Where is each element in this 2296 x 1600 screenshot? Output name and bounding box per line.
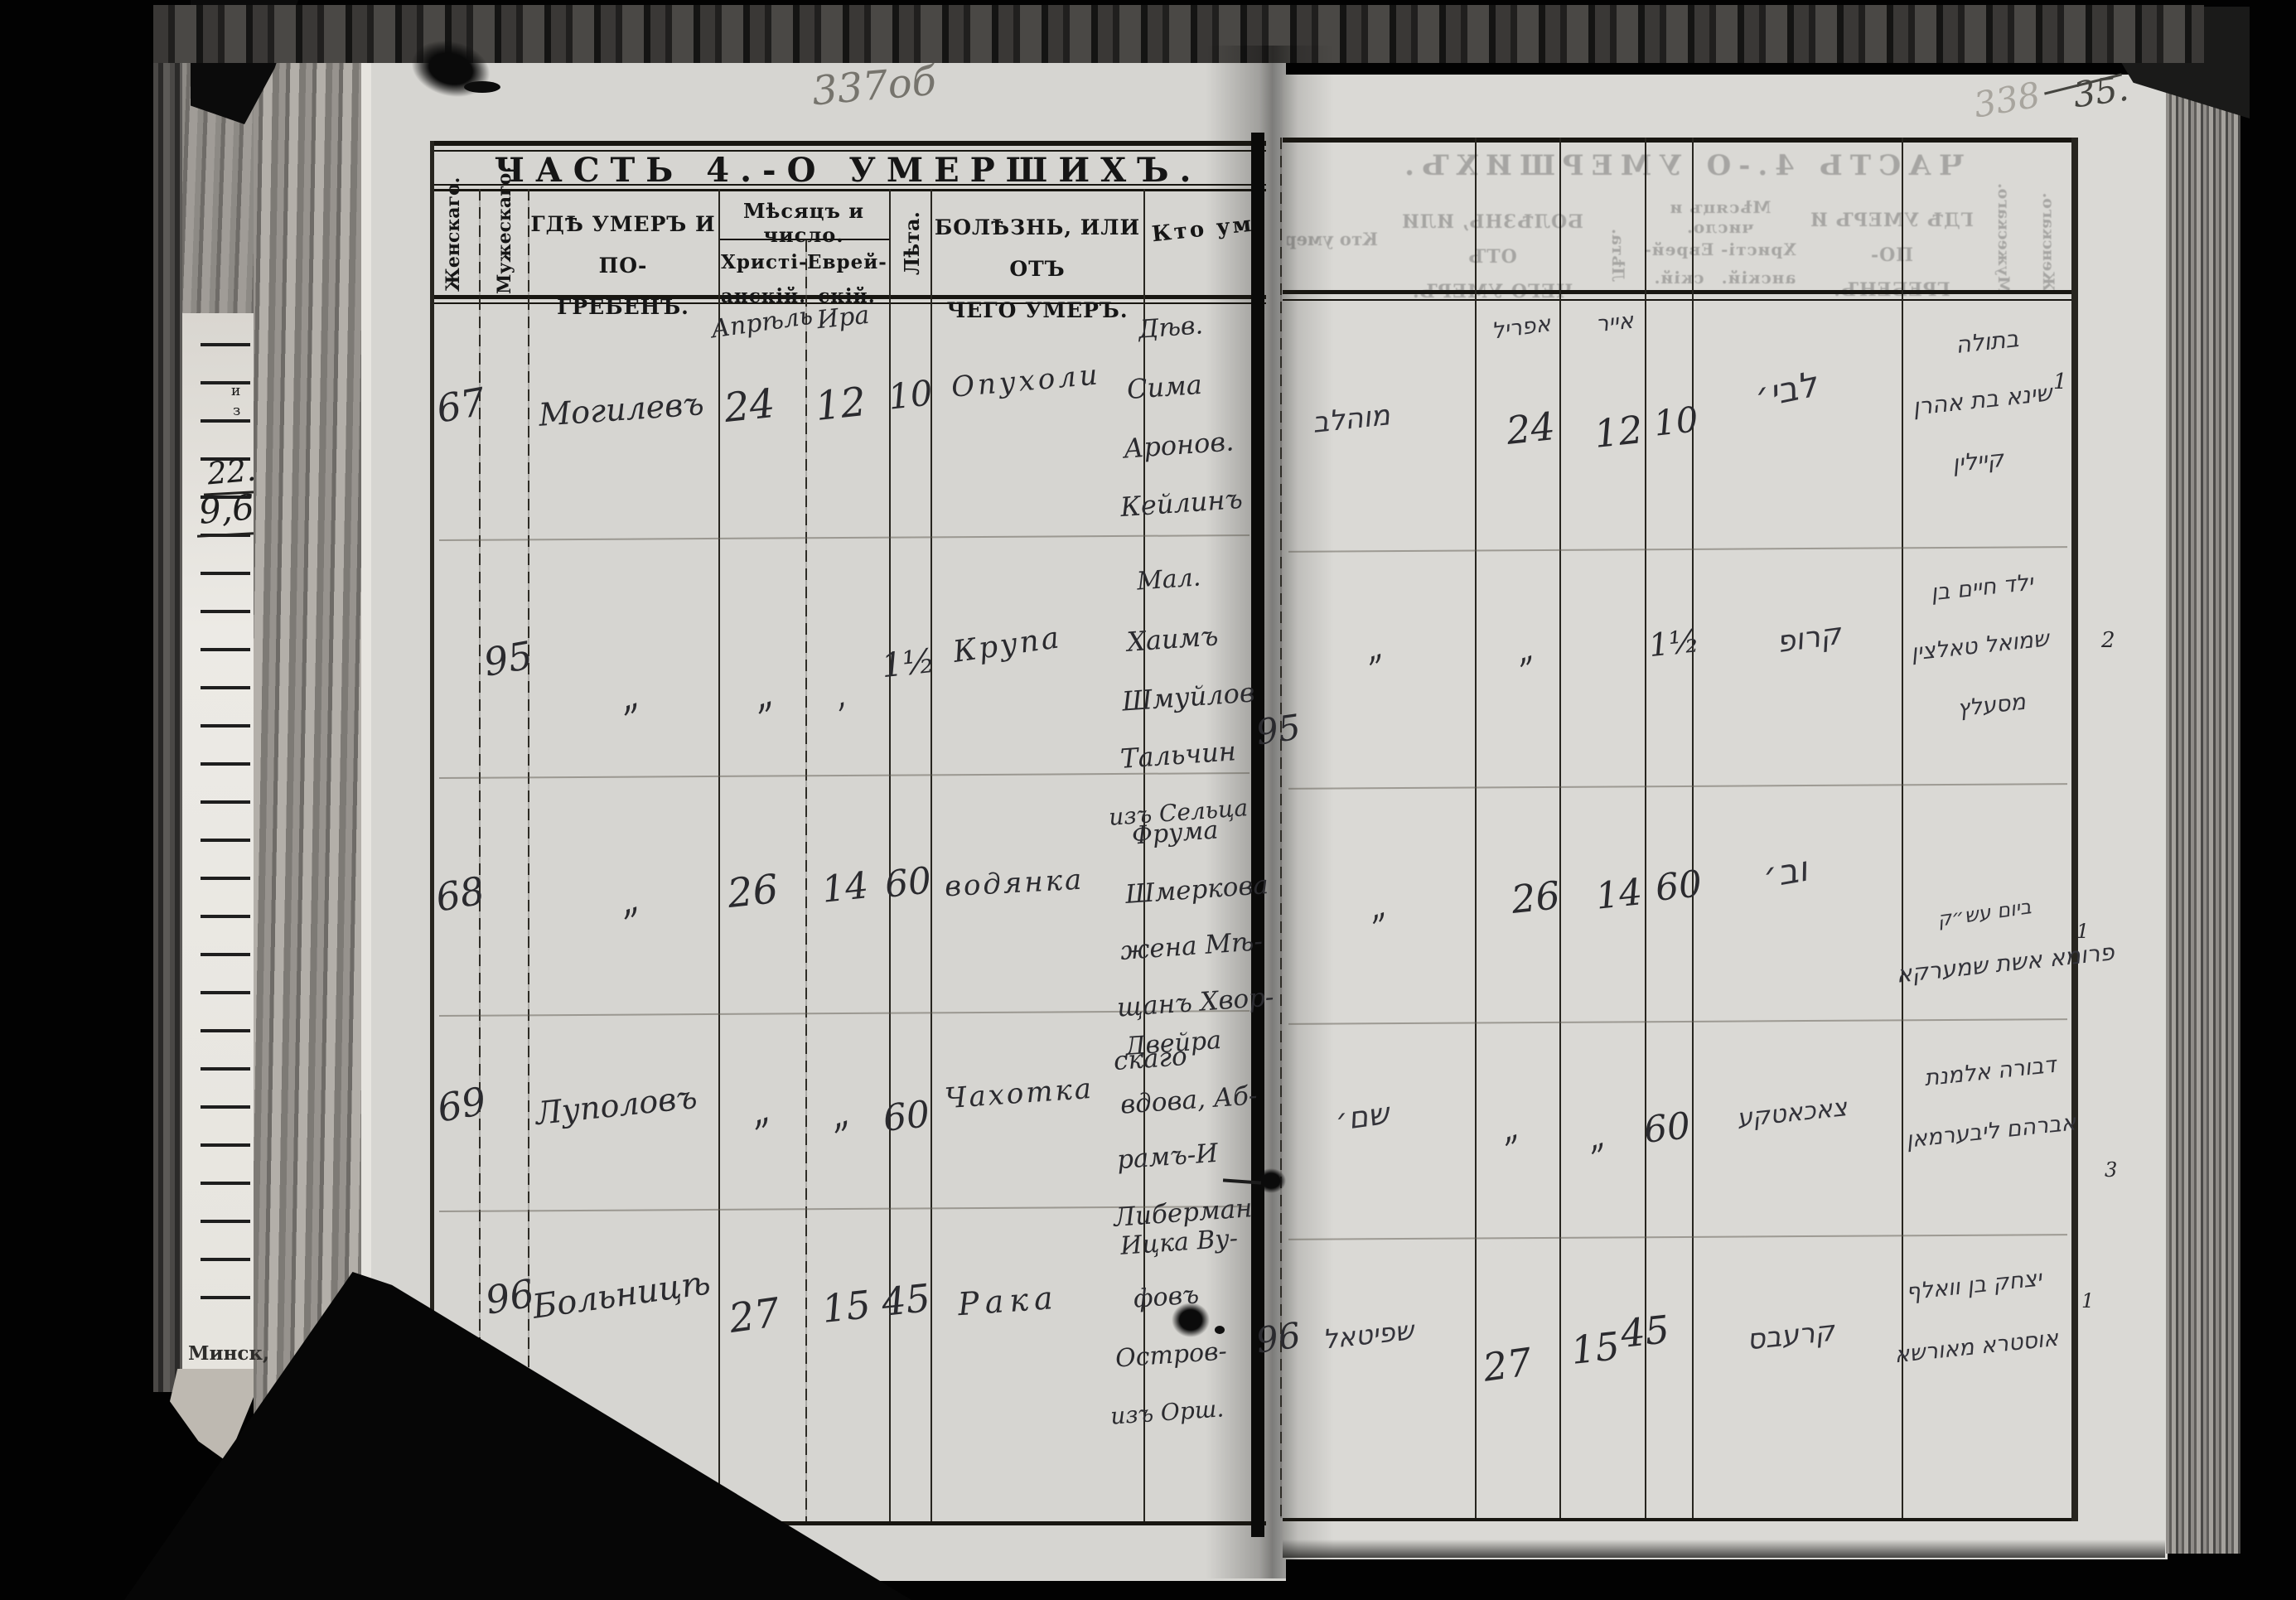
entry-he-68-cause: וב׳ — [1760, 848, 1810, 896]
entry-96-date-jewish: 15 — [819, 1282, 872, 1332]
entry-96-age: 45 — [879, 1275, 932, 1325]
margin-number-bottom: 9,6 — [197, 486, 256, 532]
right-page-stack-edges — [2166, 83, 2240, 1554]
entry-he-67-note: 1 — [2053, 370, 2067, 394]
ink-dot-row5 — [1215, 1326, 1225, 1334]
left-col-line-male-place — [528, 189, 529, 1521]
bleed-title: ЧАСТЬ 4.-О УМЕРШИХЪ. — [1289, 149, 2072, 182]
col-header-month-group: Мѣсяцъ и число. — [719, 199, 888, 247]
col-header-female: Женскаго. — [442, 177, 464, 292]
entry-he-95-number: 95 — [1254, 707, 1303, 753]
entry-he-69-age: 60 — [1641, 1105, 1692, 1152]
margin-letter-i: и — [231, 383, 240, 399]
bleed-through-header: ЧАСТЬ 4.-О УМЕРШИХЪ. Женскаго. Мужескаго… — [1289, 143, 2072, 308]
entry-he-96-date-jewish: 15 — [1569, 1323, 1622, 1373]
entry-67-date-christian: 24 — [722, 380, 777, 432]
right-table-bottom-border — [1283, 1518, 2078, 1521]
bleed-col-cause: БОЛѢЗНЬ, ИЛИ ОТЪ ЧЕГО УМЕРЪ. — [1393, 205, 1592, 309]
entry-he-67-date-jewish: 12 — [1592, 407, 1645, 457]
right-col-line-2 — [1559, 138, 1561, 1518]
entry-he-67-who-line: קיילין — [1950, 445, 2004, 477]
entry-95-number: 95 — [481, 632, 536, 684]
col-header-place: ГДѢ УМЕРЪ И ПО- ГРЕБЕНЪ. — [530, 204, 716, 328]
table-title: ЧАСТЬ 4.-О УМЕРШИХЪ. — [430, 151, 1266, 190]
entry-95-who-line: Мал. — [1136, 563, 1202, 596]
spine-edge-texture — [153, 25, 186, 1392]
entry-he-96-note: 1 — [2081, 1289, 2094, 1312]
entry-he-68-date-jewish: 14 — [1593, 871, 1644, 918]
bleed-col-female: Женскаго. — [2039, 193, 2057, 292]
col-header-age: Лѣта. — [900, 211, 924, 275]
sheet-number: 35. — [2071, 68, 2131, 116]
margin-number-top: 22. — [205, 452, 257, 492]
bleed-col-age: Лѣта. — [1608, 229, 1628, 282]
entry-67-age: 10 — [887, 372, 935, 417]
right-col-line-no — [1280, 138, 1282, 1518]
entry-month-header-jewish: Ира — [815, 301, 871, 335]
entry-68-number: 68 — [433, 868, 488, 920]
entry-96-number: 96 — [482, 1270, 538, 1322]
ink-blot-top-left-tail — [464, 81, 500, 93]
bleed-col-jewish: Еврей- скій. — [1641, 235, 1716, 292]
entry-68-date-christian: 26 — [725, 866, 781, 917]
scanned-register-spread: 337об 338 35. и з 22. 9,6 Минск, ЧАСТЬ 4… — [0, 0, 2296, 1600]
margin-stamp-minsk: Минск, — [188, 1342, 269, 1365]
bleed-col-christian: Христі- анскій. — [1719, 235, 1797, 292]
entry-69-number: 69 — [434, 1078, 490, 1130]
bleed-col-month: Мѣсяцъ и число. — [1641, 197, 1799, 237]
left-col-line-chr-evr — [805, 240, 807, 1521]
entry-he-69-note: 3 — [2105, 1158, 2117, 1182]
margin-letter-z: з — [233, 403, 240, 419]
bleed-col-place: ГДѢ УМЕРЪ И ПО- ГРЕБЕНЪ. — [1804, 204, 1979, 307]
entry-69-age: 60 — [881, 1093, 931, 1140]
entry-95-age: 1½ — [880, 642, 937, 685]
entry-he-68-age: 60 — [1653, 863, 1704, 910]
bleed-col-male: Мужескаго. — [1994, 183, 2013, 293]
entry-he-96-age: 45 — [1618, 1307, 1671, 1356]
entry-he-67-age: 10 — [1652, 399, 1700, 443]
entry-he-67-date-christian: 24 — [1504, 404, 1557, 453]
right-page-bottom-shadow — [1283, 1540, 2165, 1558]
col-header-male: Мужескаго. — [494, 167, 515, 294]
left-table-top-border — [430, 141, 1266, 146]
left-col-line-place-month — [718, 189, 720, 1521]
bleed-col-who: Кто умеръ — [1287, 229, 1378, 249]
right-table-right-border — [2071, 138, 2078, 1521]
entry-68-who-line: Фрума — [1131, 815, 1219, 850]
right-col-line-1 — [1475, 138, 1477, 1518]
entry-67-number: 67 — [433, 379, 489, 431]
entry-he-95-note: 2 — [2101, 628, 2115, 653]
entry-he-68-note: 1 — [2076, 920, 2089, 943]
ink-blot-row5 — [1172, 1303, 1210, 1337]
entry-he-month-header-jewish: אייר — [1595, 308, 1635, 338]
right-col-line-4 — [1692, 138, 1694, 1518]
entry-67-who-line: Сима — [1126, 369, 1203, 405]
col-header-cause: БОЛѢЗНЬ, ИЛИ ОТЪ ЧЕГО УМЕРЪ. — [933, 207, 1142, 331]
torn-pages-texture-main — [254, 33, 365, 1462]
entry-96-cause: Рака — [957, 1279, 1060, 1322]
entry-he-96-date-christian: 27 — [1481, 1339, 1535, 1390]
entry-68-date-jewish: 14 — [819, 864, 870, 911]
entry-68-age: 60 — [882, 859, 933, 906]
right-col-line-5 — [1902, 138, 1903, 1518]
entry-67-date-jewish: 12 — [813, 379, 868, 430]
entry-95-who-line: Хаимъ — [1126, 620, 1220, 658]
entry-67-who-line: Дѣв. — [1138, 311, 1204, 344]
entry-he-68-date-christian: 26 — [1509, 873, 1562, 922]
entry-96-date-christian: 27 — [726, 1289, 782, 1342]
entry-he-96-number: 96 — [1254, 1315, 1303, 1361]
left-page-edge-highlight — [361, 50, 371, 1293]
entry-he-95-age: 1½ — [1647, 622, 1701, 664]
